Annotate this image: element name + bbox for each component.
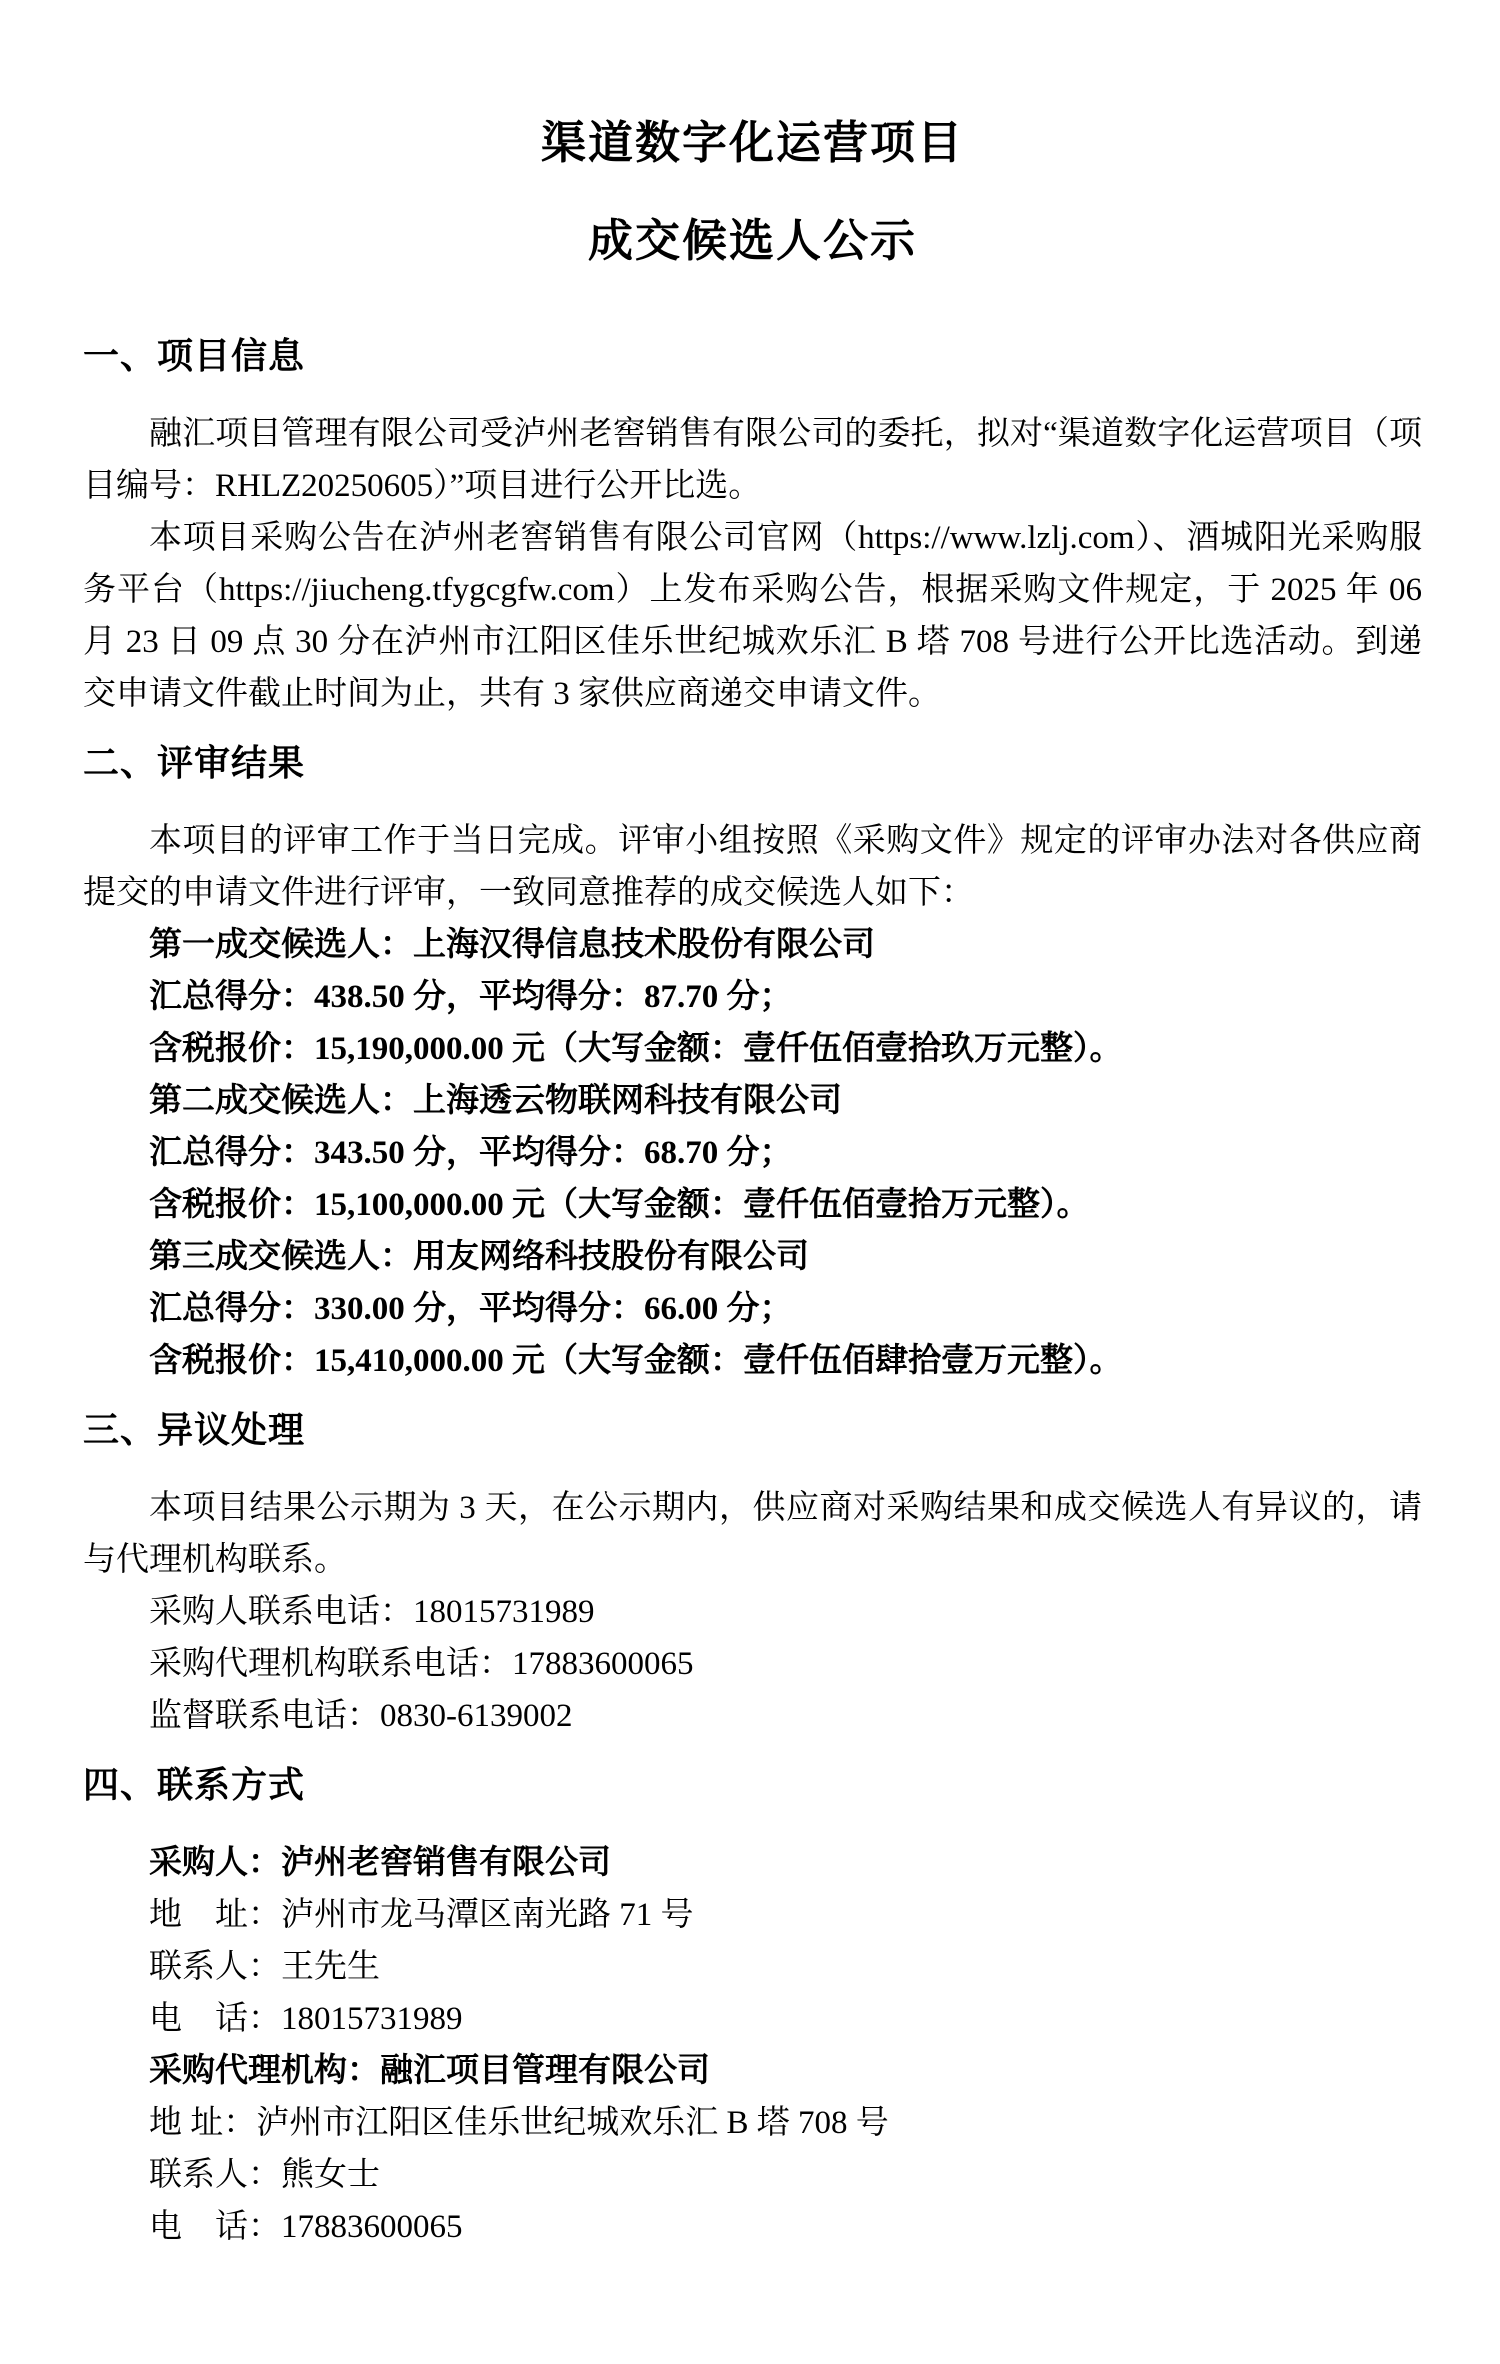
candidate-2-price: 含税报价：15,100,000.00 元（大写金额：壹仟伍佰壹拾万元整）。 xyxy=(83,1179,1422,1231)
section2-intro: 本项目的评审工作于当日完成。评审小组按照《采购文件》规定的评审办法对各供应商提交… xyxy=(83,815,1422,919)
section-review-results: 二、评审结果 本项目的评审工作于当日完成。评审小组按照《采购文件》规定的评审办法… xyxy=(83,740,1422,1387)
agency-name: 采购代理机构：融汇项目管理有限公司 xyxy=(83,2045,1422,2097)
candidate-2-name: 第二成交候选人：上海透云物联网科技有限公司 xyxy=(83,1075,1422,1127)
candidate-1-name: 第一成交候选人：上海汉得信息技术股份有限公司 xyxy=(83,919,1422,971)
supervision-phone-line: 监督联系电话：0830-6139002 xyxy=(83,1690,1422,1742)
purchaser-address: 地 址：泸州市龙马潭区南光路 71 号 xyxy=(83,1889,1422,1941)
section-objection-handling: 三、异议处理 本项目结果公示期为 3 天，在公示期内，供应商对采购结果和成交候选… xyxy=(83,1407,1422,1742)
section3-paragraph: 本项目结果公示期为 3 天，在公示期内，供应商对采购结果和成交候选人有异议的，请… xyxy=(83,1482,1422,1586)
document-subtitle: 成交候选人公示 xyxy=(83,213,1422,269)
purchaser-telephone: 电 话：18015731989 xyxy=(83,1993,1422,2045)
section4-heading: 四、联系方式 xyxy=(83,1762,1422,1807)
agency-contact-person: 联系人：熊女士 xyxy=(83,2149,1422,2201)
candidate-2-score: 汇总得分：343.50 分，平均得分：68.70 分； xyxy=(83,1127,1422,1179)
section-project-info: 一、项目信息 融汇项目管理有限公司受泸州老窖销售有限公司的委托，拟对“渠道数字化… xyxy=(83,333,1422,720)
candidate-1-score: 汇总得分：438.50 分，平均得分：87.70 分； xyxy=(83,971,1422,1023)
purchaser-phone-line: 采购人联系电话：18015731989 xyxy=(83,1586,1422,1638)
candidate-1: 第一成交候选人：上海汉得信息技术股份有限公司 汇总得分：438.50 分，平均得… xyxy=(83,919,1422,1075)
candidate-3-price: 含税报价：15,410,000.00 元（大写金额：壹仟伍佰肆拾壹万元整）。 xyxy=(83,1335,1422,1387)
section1-heading: 一、项目信息 xyxy=(83,333,1422,378)
candidate-2: 第二成交候选人：上海透云物联网科技有限公司 汇总得分：343.50 分，平均得分… xyxy=(83,1075,1422,1231)
agency-phone-line: 采购代理机构联系电话：17883600065 xyxy=(83,1638,1422,1690)
section-contact-info: 四、联系方式 采购人：泸州老窖销售有限公司 地 址：泸州市龙马潭区南光路 71 … xyxy=(83,1762,1422,2253)
candidate-1-price: 含税报价：15,190,000.00 元（大写金额：壹仟伍佰壹拾玖万元整）。 xyxy=(83,1023,1422,1075)
section1-paragraph-announcement: 本项目采购公告在泸州老窖销售有限公司官网（https://www.lzlj.co… xyxy=(83,512,1422,720)
section3-heading: 三、异议处理 xyxy=(83,1407,1422,1452)
purchaser-contact-block: 采购人：泸州老窖销售有限公司 地 址：泸州市龙马潭区南光路 71 号 联系人：王… xyxy=(83,1837,1422,2045)
candidate-3-score: 汇总得分：330.00 分，平均得分：66.00 分； xyxy=(83,1283,1422,1335)
section2-heading: 二、评审结果 xyxy=(83,740,1422,785)
agency-address: 地 址：泸州市江阳区佳乐世纪城欢乐汇 B 塔 708 号 xyxy=(83,2097,1422,2149)
agency-contact-block: 采购代理机构：融汇项目管理有限公司 地 址：泸州市江阳区佳乐世纪城欢乐汇 B 塔… xyxy=(83,2045,1422,2253)
candidate-3: 第三成交候选人：用友网络科技股份有限公司 汇总得分：330.00 分，平均得分：… xyxy=(83,1231,1422,1387)
document-title: 渠道数字化运营项目 xyxy=(83,115,1422,171)
purchaser-contact-person: 联系人：王先生 xyxy=(83,1941,1422,1993)
candidate-3-name: 第三成交候选人：用友网络科技股份有限公司 xyxy=(83,1231,1422,1283)
purchaser-name: 采购人：泸州老窖销售有限公司 xyxy=(83,1837,1422,1889)
agency-telephone: 电 话：17883600065 xyxy=(83,2201,1422,2253)
document-page: 渠道数字化运营项目 成交候选人公示 一、项目信息 融汇项目管理有限公司受泸州老窖… xyxy=(0,0,1500,2364)
section1-paragraph-entrust: 融汇项目管理有限公司受泸州老窖销售有限公司的委托，拟对“渠道数字化运营项目（项目… xyxy=(83,408,1422,512)
